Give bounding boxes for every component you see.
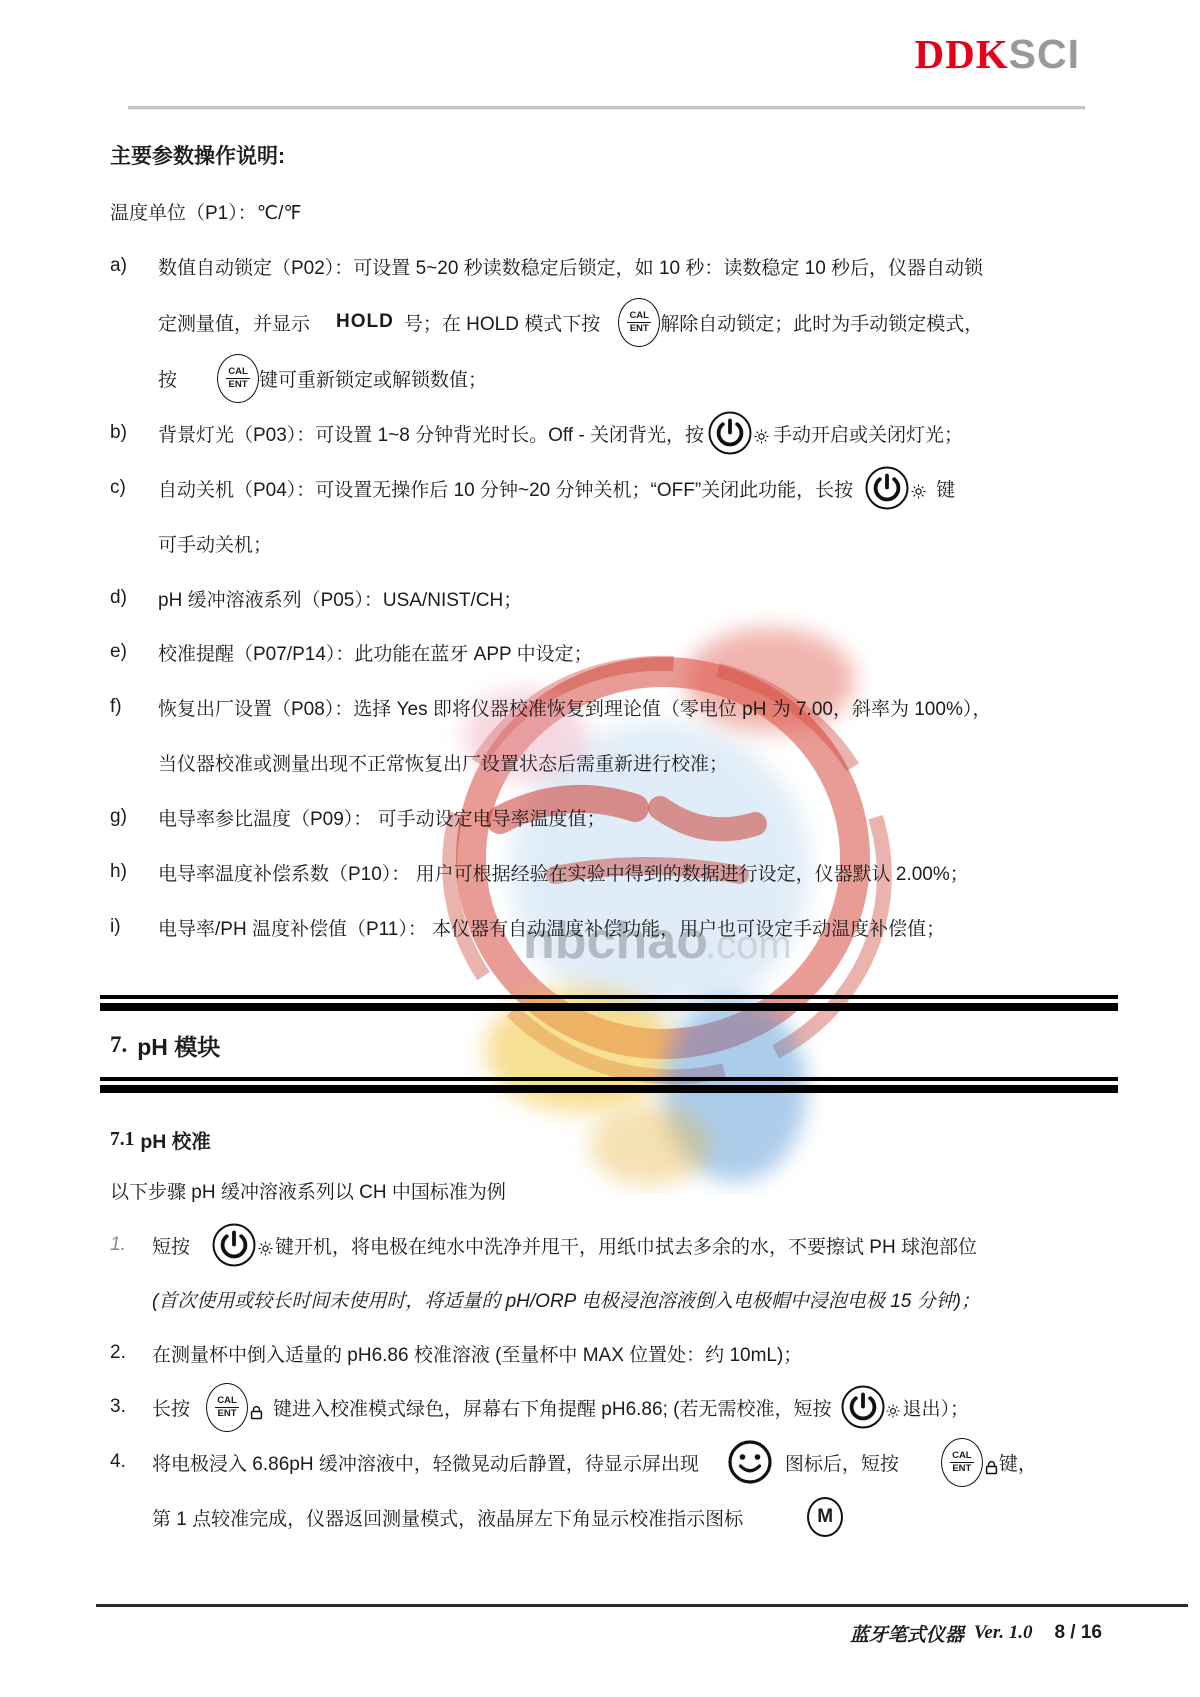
calibration-intro: 以下步骤 pH 缓冲溶液系列以 CH 中国标准为例: [110, 1162, 1120, 1218]
section-title: pH 模块: [137, 1029, 220, 1062]
cal-ent-key-icon: CAL ENT: [206, 1383, 248, 1432]
backlight-sun-icon: [258, 1241, 273, 1256]
item-label: a): [110, 255, 158, 277]
company-logo: DDKSCI: [915, 30, 1080, 78]
smiley-face-icon: [727, 1439, 773, 1485]
item-label: g): [110, 806, 158, 828]
section-divider-thin: [100, 995, 1118, 999]
cal-ent-key-icon: CAL ENT: [618, 298, 660, 347]
section-number: 7.: [110, 1032, 127, 1058]
param-item-f-line1: f) 恢复出厂设置（P08）：选择 Yes 即将仪器校准恢复到理论值（零电位 p…: [110, 679, 1120, 735]
step-2: 2. 在测量杯中倒入适量的 pH6.86 校准溶液 (至量杯中 MAX 位置处：…: [110, 1325, 1120, 1381]
header-rule: [128, 106, 1085, 110]
item-label: c): [110, 477, 158, 499]
step-4-line1: 4. 将电极浸入 6.86pH 缓冲溶液中，轻微晃动后静置，待显示屏出现 图标后…: [110, 1434, 1120, 1490]
logo-ddk: DDK: [915, 31, 1009, 77]
power-key-icon: [865, 466, 909, 510]
lock-icon: [985, 1460, 998, 1475]
section-divider-thick: [100, 1085, 1118, 1093]
backlight-sun-icon: [754, 429, 769, 444]
param-item-a-line1: a) 数值自动锁定（P02）：可设置 5~20 秒读数稳定后锁定，如 10 秒：…: [110, 238, 1120, 294]
item-label: f): [110, 696, 158, 718]
step-1-note: (首次使用或较长时间未使用时，将适量的 pH/ORP 电极浸泡溶液倒入电极帽中浸…: [110, 1271, 1120, 1327]
document-page: nbchao .com DDKSCI 主要参数操作说明: 温度单位（P1）：℃/…: [0, 0, 1200, 1697]
cal-ent-key-icon: CAL ENT: [217, 354, 259, 403]
footer-doc-title: 蓝牙笔式仪器: [850, 1620, 964, 1647]
backlight-sun-icon: [886, 1404, 900, 1418]
power-key-icon: [708, 411, 752, 455]
param-item-c-line2: 可手动关机；: [110, 515, 1120, 571]
item-label: d): [110, 587, 158, 609]
param-item-g: g) 电导率参比温度（P09）： 可手动设定电导率温度值；: [110, 789, 1120, 845]
section-divider-thin: [100, 1077, 1118, 1081]
footer: 蓝牙笔式仪器 Ver. 1.0 8 / 16: [850, 1616, 1102, 1650]
item-label: i): [110, 916, 158, 938]
footer-page-number: 8 / 16: [1054, 1622, 1102, 1644]
params-title: 主要参数操作说明:: [110, 127, 1120, 183]
section-7-heading: 7. pH 模块: [110, 1017, 1120, 1073]
section-divider-thick: [100, 1003, 1118, 1011]
param-item-e: e) 校准提醒（P07/P14）：此功能在蓝牙 APP 中设定；: [110, 624, 1120, 680]
subsection-title: pH 校准: [140, 1126, 210, 1154]
step-number: 1.: [110, 1234, 152, 1256]
param-item-c-line1: c) 自动关机（P04）：可设置无操作后 10 分钟~20 分钟关机；“OFF”…: [110, 460, 1120, 516]
temp-unit-line: 温度单位（P1）：℃/℉: [110, 183, 1120, 239]
hold-label: HOLD: [336, 311, 394, 333]
step-1: 1. 短按 键开机，将电极在纯水中洗净并甩干，用纸巾拭去多余的水，不要擦试 PH…: [110, 1217, 1120, 1273]
step-number: 2.: [110, 1342, 152, 1364]
item-label: e): [110, 641, 158, 663]
power-key-icon: [841, 1385, 885, 1429]
param-item-b: b) 背景灯光（P03）：可设置 1~8 分钟背光时长。Off - 关闭背光，按…: [110, 405, 1120, 461]
param-item-f-line2: 当仪器校准或测量出现不正常恢复出厂设置状态后需重新进行校准；: [110, 734, 1120, 790]
backlight-sun-icon: [911, 484, 926, 499]
cal-ent-key-icon: CAL ENT: [941, 1438, 983, 1487]
param-item-h: h) 电导率温度补偿系数（P10）： 用户可根据经验在实验中得到的数据进行设定，…: [110, 844, 1120, 900]
param-item-a-line3: 按 CAL ENT 键可重新锁定或解锁数值；: [110, 350, 1120, 406]
step-3: 3. 长按 CAL ENT 键进入校准模式绿色，屏幕右下角提醒 pH6.86; …: [110, 1379, 1120, 1435]
calibration-m-icon: M: [807, 1497, 843, 1537]
power-key-icon: [212, 1223, 256, 1267]
lock-icon: [250, 1405, 263, 1420]
footer-rule: [96, 1604, 1188, 1607]
item-label: b): [110, 422, 158, 444]
footer-version: Ver. 1.0: [974, 1622, 1033, 1644]
param-item-i: i) 电导率/PH 温度补偿值（P11）： 本仪器有自动温度补偿功能，用户也可设…: [110, 899, 1120, 955]
step-number: 4.: [110, 1451, 152, 1473]
param-item-d: d) pH 缓冲溶液系列（P05）：USA/NIST/CH；: [110, 570, 1120, 626]
step-number: 3.: [110, 1396, 152, 1418]
subsection-number: 7.1: [110, 1129, 134, 1151]
param-item-a-line2: 定测量值，并显示 HOLD 号；在 HOLD 模式下按 CAL ENT 解除自动…: [110, 294, 1120, 350]
logo-sci: SCI: [1009, 31, 1080, 77]
item-label: h): [110, 861, 158, 883]
step-4-line2: 第 1 点较准完成，仪器返回测量模式，液晶屏左下角显示校准指示图标 M: [110, 1489, 1120, 1545]
section-7-1-heading: 7.1 pH 校准: [110, 1112, 1120, 1168]
